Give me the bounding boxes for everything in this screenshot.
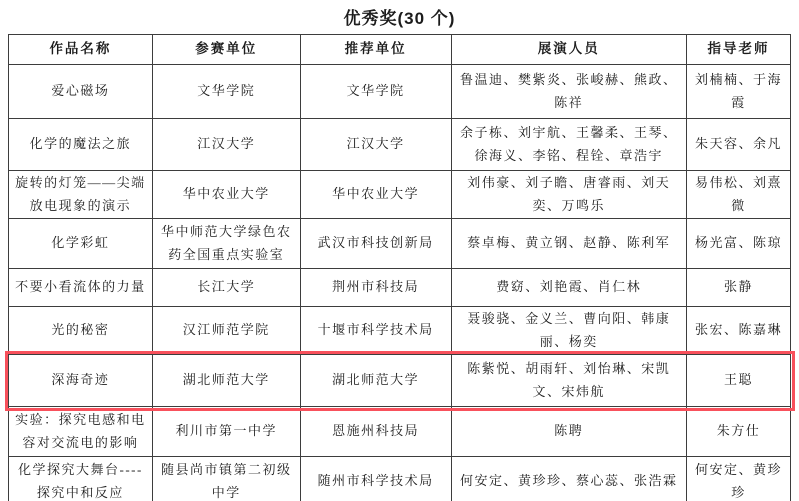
recommending-unit-cell: 华中农业大学 xyxy=(300,171,451,219)
participating-unit-cell: 利川市第一中学 xyxy=(152,407,300,457)
performers-cell: 刘伟豪、刘子瞻、唐睿雨、刘天奕、万鸣乐 xyxy=(451,171,686,219)
teachers-cell: 刘楠楠、于海霞 xyxy=(686,65,790,119)
participating-unit-cell: 汉江师范学院 xyxy=(152,307,300,355)
recommending-unit-cell: 十堰市科学技术局 xyxy=(300,307,451,355)
recommending-unit-cell: 荆州市科技局 xyxy=(300,269,451,307)
performers-cell: 蔡卓梅、黄立钢、赵静、陈利军 xyxy=(451,219,686,269)
document-page: 优秀奖(30 个) 作品名称 参赛单位 推荐单位 展演人员 指导老师 爱心磁场 … xyxy=(0,0,799,501)
recommending-unit-cell: 武汉市科技创新局 xyxy=(300,219,451,269)
table-header-row: 作品名称 参赛单位 推荐单位 展演人员 指导老师 xyxy=(9,35,791,65)
work-name-cell: 化学彩虹 xyxy=(9,219,153,269)
work-name-cell: 深海奇迹 xyxy=(9,355,153,407)
teachers-cell: 易伟松、刘熹微 xyxy=(686,171,790,219)
performers-cell: 陈聘 xyxy=(451,407,686,457)
participating-unit-cell: 湖北师范大学 xyxy=(152,355,300,407)
recommending-unit-cell: 文华学院 xyxy=(300,65,451,119)
teachers-cell: 杨光富、陈琼 xyxy=(686,219,790,269)
header-performers: 展演人员 xyxy=(451,35,686,65)
recommending-unit-cell: 湖北师范大学 xyxy=(300,355,451,407)
participating-unit-cell: 华中师范大学绿色农药全国重点实验室 xyxy=(152,219,300,269)
table-row: 实验：探究电感和电容对交流电的影响 利川市第一中学 恩施州科技局 陈聘 朱方仕 xyxy=(9,407,791,457)
work-name-cell: 爱心磁场 xyxy=(9,65,153,119)
participating-unit-cell: 随县尚市镇第二初级中学 xyxy=(152,457,300,501)
recommending-unit-cell: 随州市科学技术局 xyxy=(300,457,451,501)
performers-cell: 费窈、刘艳霞、肖仁林 xyxy=(451,269,686,307)
performers-cell: 鲁温迪、樊紫炎、张峻赫、熊政、陈祥 xyxy=(451,65,686,119)
teachers-cell: 朱方仕 xyxy=(686,407,790,457)
teachers-cell: 王聪 xyxy=(686,355,790,407)
work-name-cell: 不要小看流体的力量 xyxy=(9,269,153,307)
teachers-cell: 朱天容、余凡 xyxy=(686,119,790,171)
table-row: 爱心磁场 文华学院 文华学院 鲁温迪、樊紫炎、张峻赫、熊政、陈祥 刘楠楠、于海霞 xyxy=(9,65,791,119)
header-work-name: 作品名称 xyxy=(9,35,153,65)
performers-cell: 何安定、黄珍珍、蔡心蕊、张浩霖 xyxy=(451,457,686,501)
participating-unit-cell: 江汉大学 xyxy=(152,119,300,171)
highlighted-row: 深海奇迹 湖北师范大学 湖北师范大学 陈紫悦、胡雨轩、刘怡琳、宋凯文、宋炜航 王… xyxy=(9,355,791,407)
teachers-cell: 张静 xyxy=(686,269,790,307)
participating-unit-cell: 华中农业大学 xyxy=(152,171,300,219)
work-name-cell: 化学的魔法之旅 xyxy=(9,119,153,171)
work-name-cell: 化学探究大舞台----探究中和反应 xyxy=(9,457,153,501)
work-name-cell: 光的秘密 xyxy=(9,307,153,355)
participating-unit-cell: 文华学院 xyxy=(152,65,300,119)
work-name-cell: 实验：探究电感和电容对交流电的影响 xyxy=(9,407,153,457)
table-row: 不要小看流体的力量 长江大学 荆州市科技局 费窈、刘艳霞、肖仁林 张静 xyxy=(9,269,791,307)
performers-cell: 陈紫悦、胡雨轩、刘怡琳、宋凯文、宋炜航 xyxy=(451,355,686,407)
teachers-cell: 张宏、陈嘉琳 xyxy=(686,307,790,355)
table-row: 光的秘密 汉江师范学院 十堰市科学技术局 聂骏骁、金义兰、曹向阳、韩康丽、杨奕 … xyxy=(9,307,791,355)
teachers-cell: 何安定、黄珍珍 xyxy=(686,457,790,501)
participating-unit-cell: 长江大学 xyxy=(152,269,300,307)
table-row: 旋转的灯笼——尖端放电现象的演示 华中农业大学 华中农业大学 刘伟豪、刘子瞻、唐… xyxy=(9,171,791,219)
award-table: 作品名称 参赛单位 推荐单位 展演人员 指导老师 爱心磁场 文华学院 文华学院 … xyxy=(8,34,791,501)
work-name-cell: 旋转的灯笼——尖端放电现象的演示 xyxy=(9,171,153,219)
page-title: 优秀奖(30 个) xyxy=(0,0,799,34)
performers-cell: 余子栋、刘宇航、王馨柔、王琴、徐海义、李铭、程铨、章浩宇 xyxy=(451,119,686,171)
recommending-unit-cell: 江汉大学 xyxy=(300,119,451,171)
recommending-unit-cell: 恩施州科技局 xyxy=(300,407,451,457)
header-recommending-unit: 推荐单位 xyxy=(300,35,451,65)
performers-cell: 聂骏骁、金义兰、曹向阳、韩康丽、杨奕 xyxy=(451,307,686,355)
table-row: 化学探究大舞台----探究中和反应 随县尚市镇第二初级中学 随州市科学技术局 何… xyxy=(9,457,791,501)
header-participating-unit: 参赛单位 xyxy=(152,35,300,65)
table-row: 化学彩虹 华中师范大学绿色农药全国重点实验室 武汉市科技创新局 蔡卓梅、黄立钢、… xyxy=(9,219,791,269)
table-row: 化学的魔法之旅 江汉大学 江汉大学 余子栋、刘宇航、王馨柔、王琴、徐海义、李铭、… xyxy=(9,119,791,171)
header-teachers: 指导老师 xyxy=(686,35,790,65)
